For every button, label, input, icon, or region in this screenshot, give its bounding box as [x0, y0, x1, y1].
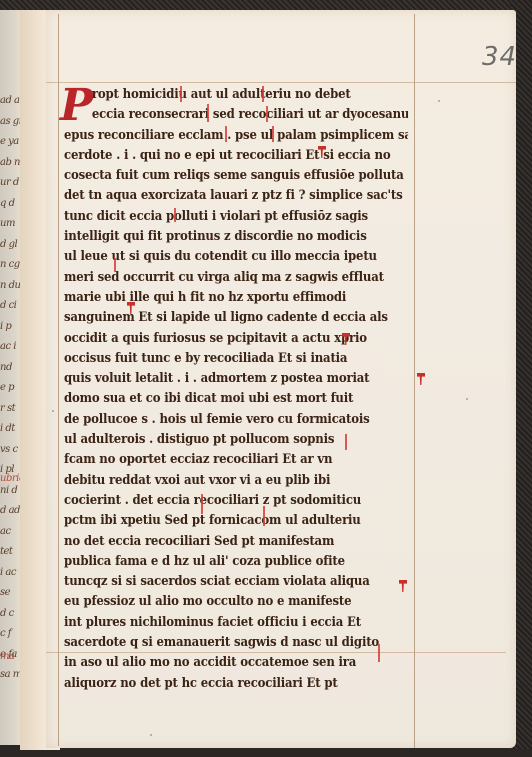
manuscript-line: publica fama e d hz ul ali' coza publice…: [64, 551, 408, 571]
facing-page-text: ac i: [0, 340, 22, 354]
facing-page-text: sa m: [0, 668, 22, 682]
rubric-stroke: [263, 506, 265, 526]
rubric-stroke: [345, 434, 347, 450]
manuscript-line: sacerdote q si emanauerit sagwis d nasc …: [64, 632, 408, 652]
manuscript-line: intelligit qui fit protinus z discordie …: [64, 226, 408, 246]
facing-page-text: se: [0, 586, 22, 600]
facing-page-text: vs c: [0, 443, 22, 457]
facing-page-text: tet: [0, 545, 22, 559]
ruling-top-line: [46, 82, 516, 83]
facing-page-sliver: ad aas gne yaab nour dq dumd gln cgn dud…: [0, 10, 22, 745]
facing-page-text: d ad: [0, 504, 22, 518]
facing-page-text: e ya: [0, 135, 22, 149]
facing-page-rubric: ubrica: [0, 472, 22, 486]
ruling-left-bound: [58, 14, 59, 746]
parchment-speck: [438, 100, 440, 102]
manuscript-line: ul adulterois . distiguo pt pollucom sop…: [64, 429, 408, 449]
facing-page-text: ab no: [0, 156, 22, 170]
manuscript-line: domo sua et co ibi dicat moi ubi est mor…: [64, 388, 408, 408]
rubric-stroke: [272, 126, 274, 142]
facing-page-text: nd: [0, 361, 22, 375]
manuscript-line: int plures nichilominus faciet officiu i…: [64, 612, 408, 632]
rubric-stroke: [207, 104, 209, 122]
facing-page-text: d ci: [0, 299, 22, 313]
rubric-stroke: [266, 106, 268, 122]
manuscript-line: cocierint . det eccia recociliari z pt s…: [64, 490, 408, 510]
facing-page-text: ur d: [0, 176, 22, 190]
facing-page-text: r st: [0, 402, 22, 416]
facing-page-text: i ac: [0, 566, 22, 580]
manuscript-line: sanguinem Et si lapide ul ligno cadente …: [64, 307, 408, 327]
facing-page-text: e p: [0, 381, 22, 395]
facing-page-text: ad a: [0, 94, 22, 108]
manuscript-line: det tn aqua exorcizata lauari z ptz fi ?…: [64, 185, 408, 205]
parchment-speck: [466, 398, 468, 400]
manuscript-line: debitu reddat vxoi aut vxor vi a eu plib…: [64, 470, 408, 490]
manuscript-line: pctm ibi xpetiu Sed pt fornicacom ul adu…: [64, 510, 408, 530]
facing-page-text: d c: [0, 607, 22, 621]
manuscript-line: tunc dicit eccia polluti i violari pt ef…: [64, 206, 408, 226]
parchment-speck: [52, 410, 54, 412]
manuscript-line: cerdote . i . qui no e epi ut recociliar…: [64, 145, 408, 165]
manuscript-line: marie ubi ille qui h fit no hz xportu ef…: [64, 287, 408, 307]
manuscript-line: fcam no oportet ecciaz recociliari Et ar…: [64, 449, 408, 469]
manuscript-line: cosecta fuit cum reliqs seme sanguis eff…: [64, 165, 408, 185]
facing-page-text: i dt: [0, 422, 22, 436]
manuscript-line: quis voluit letalit . i . admortem z pos…: [64, 368, 408, 388]
manuscript-line: occidit a quis furiosus se pcipitavit a …: [64, 328, 408, 348]
manuscript-line: occisus fuit tunc e by recociliada Et si…: [64, 348, 408, 368]
binding-bottom-edge: [0, 749, 532, 757]
manuscript-line: eccia reconsecrari sed recociliari ut ar…: [64, 104, 408, 124]
facing-page-rubric: ma: [0, 650, 22, 664]
rubric-stroke: [262, 86, 264, 102]
manuscript-line: eu pfessioz ul alio mo occulto no e mani…: [64, 591, 408, 611]
rubric-stroke: [201, 494, 203, 514]
facing-page-text: n cg: [0, 258, 22, 272]
facing-page-text: c f: [0, 627, 22, 641]
facing-page-text: i p: [0, 320, 22, 334]
manuscript-line: aliquorz no det pt hc eccia recociliari …: [64, 673, 408, 693]
rubric-stroke: [114, 258, 116, 272]
rubric-stroke: [180, 86, 182, 102]
parchment-speck: [150, 734, 152, 736]
manuscript-line: tuncqz si si sacerdos sciat ecciam viola…: [64, 571, 408, 591]
manuscript-line: in aso ul alio mo no accidit occatemoe s…: [64, 652, 408, 672]
manuscript-line: de pollucoe s . hois ul femie vero cu fo…: [64, 409, 408, 429]
facing-page-text: ac: [0, 525, 22, 539]
manuscript-line: no det eccia recociliari Sed pt manifest…: [64, 531, 408, 551]
rubric-stroke: [225, 126, 227, 142]
facing-page-text: um: [0, 217, 22, 231]
facing-page-text: d gl: [0, 238, 22, 252]
manuscript-line: epus reconciliare ecclam . pse ul palam …: [64, 125, 408, 145]
facing-page-text: n du: [0, 279, 22, 293]
facing-page-text: q d: [0, 197, 22, 211]
facing-page-text: as gn: [0, 115, 22, 129]
folio-number: 34: [482, 42, 517, 72]
manuscript-text-block: ropt homicidiu aut ul adulteriu no debet…: [64, 84, 434, 693]
rubric-stroke: [378, 644, 380, 662]
manuscript-line: ropt homicidiu aut ul adulteriu no debet: [64, 84, 408, 104]
rubric-stroke: [174, 208, 176, 222]
